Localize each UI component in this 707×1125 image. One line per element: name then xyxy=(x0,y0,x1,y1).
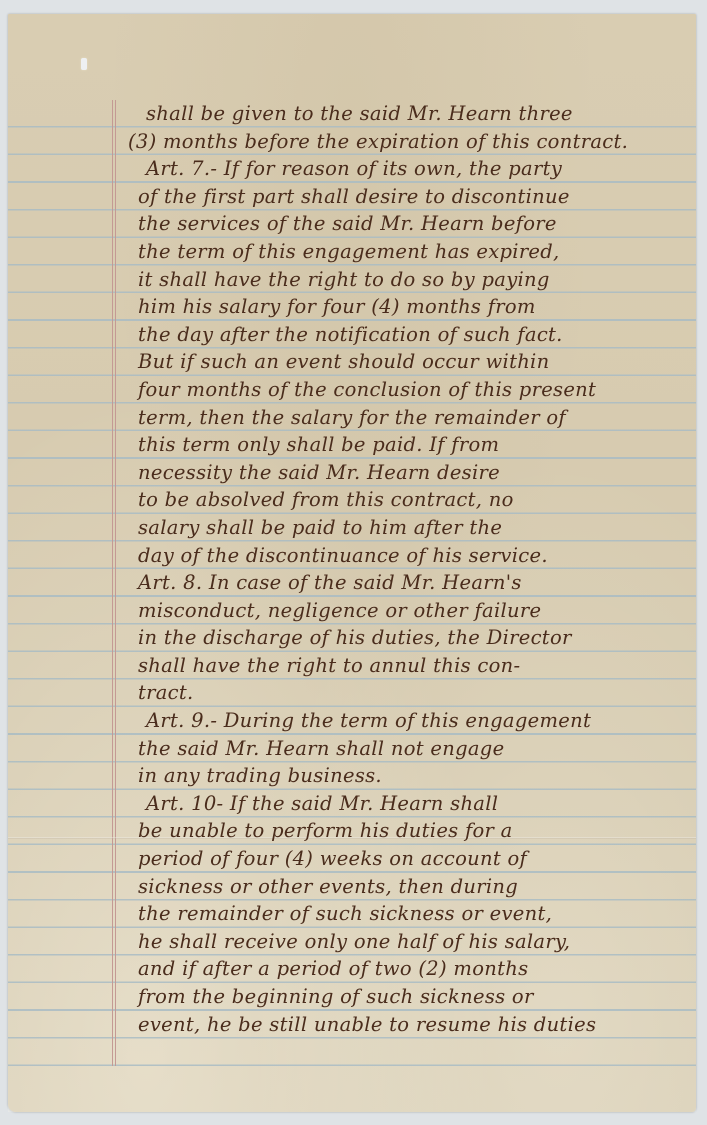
text-line: term, then the salary for the remainder … xyxy=(118,404,698,432)
text-line: be unable to perform his duties for a xyxy=(118,817,698,845)
text-line: (3) months before the expiration of this… xyxy=(118,128,698,156)
text-line: event, he be still unable to resume his … xyxy=(118,1011,698,1039)
text-line: salary shall be paid to him after the xyxy=(118,514,698,542)
text-line: it shall have the right to do so by payi… xyxy=(118,266,698,294)
text-line: to be absolved from this contract, no xyxy=(118,486,698,514)
text-line: necessity the said Mr. Hearn desire xyxy=(118,459,698,487)
text-line: the services of the said Mr. Hearn befor… xyxy=(118,210,698,238)
text-line: in any trading business. xyxy=(118,762,698,790)
text-line: and if after a period of two (2) months xyxy=(118,955,698,983)
text-line: the said Mr. Hearn shall not engage xyxy=(118,735,698,763)
text-line: the remainder of such sickness or event, xyxy=(118,900,698,928)
text-line: shall be given to the said Mr. Hearn thr… xyxy=(118,100,698,128)
text-line: day of the discontinuance of his service… xyxy=(118,542,698,570)
pin-hole xyxy=(81,58,87,70)
margin-line xyxy=(115,100,116,1066)
text-line: he shall receive only one half of his sa… xyxy=(118,928,698,956)
text-line: Art. 10- If the said Mr. Hearn shall xyxy=(118,790,698,818)
text-line: But if such an event should occur within xyxy=(118,348,698,376)
text-line: Art. 8. In case of the said Mr. Hearn's xyxy=(118,569,698,597)
text-line: the day after the notification of such f… xyxy=(118,321,698,349)
text-line: tract. xyxy=(118,679,698,707)
text-line: period of four (4) weeks on account of xyxy=(118,845,698,873)
margin-line xyxy=(112,100,113,1066)
text-line: Art. 7.- If for reason of its own, the p… xyxy=(118,155,698,183)
text-line: misconduct, negligence or other failure xyxy=(118,597,698,625)
text-line: sickness or other events, then during xyxy=(118,873,698,901)
text-line: of the first part shall desire to discon… xyxy=(118,183,698,211)
text-line: in the discharge of his duties, the Dire… xyxy=(118,624,698,652)
handwritten-text: shall be given to the said Mr. Hearn thr… xyxy=(118,100,698,1038)
text-line: the term of this engagement has expired, xyxy=(118,238,698,266)
contract-page: shall be given to the said Mr. Hearn thr… xyxy=(8,14,696,1112)
text-line: Art. 9.- During the term of this engagem… xyxy=(118,707,698,735)
text-line: this term only shall be paid. If from xyxy=(118,431,698,459)
text-line: from the beginning of such sickness or xyxy=(118,983,698,1011)
text-line: four months of the conclusion of this pr… xyxy=(118,376,698,404)
text-line: shall have the right to annul this con- xyxy=(118,652,698,680)
text-line: him his salary for four (4) months from xyxy=(118,293,698,321)
